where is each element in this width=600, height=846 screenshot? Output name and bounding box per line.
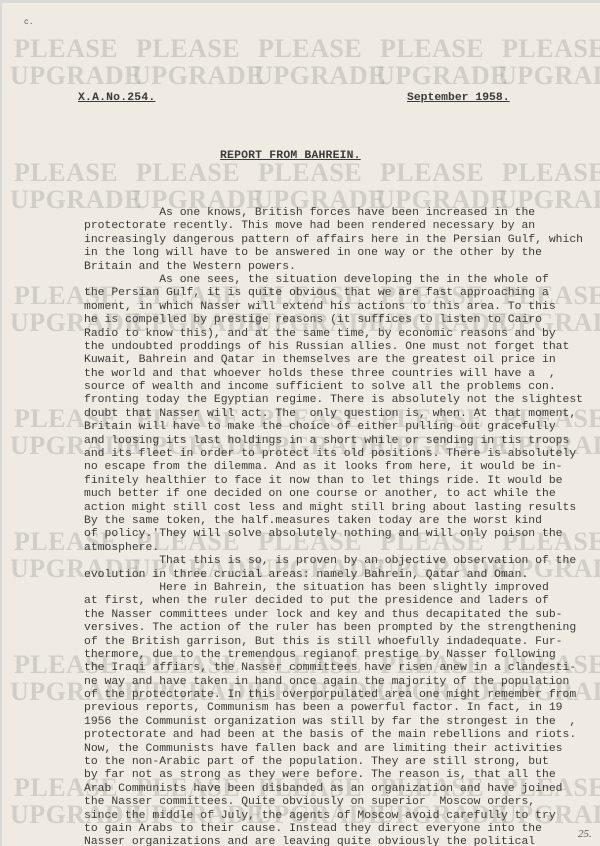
report-body: As one knows, British forces have been i… bbox=[84, 207, 600, 846]
text-line: As one knows, British forces have been i… bbox=[84, 207, 600, 220]
text-line: fronting today the Egyptian regime. Ther… bbox=[84, 394, 600, 407]
text-line: That this is so, is proven by an objecti… bbox=[84, 555, 600, 568]
text-line: finitely healthier to face it now than t… bbox=[84, 475, 600, 488]
text-line: of policy.'They will solve absolutely no… bbox=[84, 528, 600, 541]
typewritten-report: c. X.A.No.254. September 1958. REPORT FR… bbox=[0, 0, 600, 846]
text-line: Here in Bahrein, the situation has been … bbox=[84, 582, 600, 595]
text-line: versives. The action of the ruler has be… bbox=[84, 622, 600, 635]
text-line: Arab Communists have been disbanded as a… bbox=[84, 783, 600, 796]
text-line: the Iraqi affiars, the Nasser committees… bbox=[84, 662, 600, 675]
text-line: ne way and have taken in hand once again… bbox=[84, 676, 600, 689]
text-line: evolution in three crucial areas: namely… bbox=[84, 569, 600, 582]
text-line: of the British garrison, But this is sti… bbox=[84, 636, 600, 649]
text-line: the Nasser committees. Quite obviously o… bbox=[84, 796, 600, 809]
text-line: since the middle of July, the agents of … bbox=[84, 810, 600, 823]
report-title: REPORT FROM BAHREIN. bbox=[220, 150, 361, 162]
text-line: 1956 the Communist organization was stil… bbox=[84, 716, 600, 729]
text-line: he is compelled by prestige reasons (it … bbox=[84, 314, 600, 327]
text-line: the world and that whoever holds these t… bbox=[84, 368, 600, 381]
text-line: Britain and the Western powers. bbox=[84, 261, 600, 274]
text-line: As one sees, the situation developing th… bbox=[84, 274, 600, 287]
page-number: 25. bbox=[578, 828, 592, 840]
text-line: Radio to know this), and at the same tim… bbox=[84, 328, 600, 341]
text-line: by far not as strong as they were before… bbox=[84, 769, 600, 782]
text-line: source of wealth and income sufficient t… bbox=[84, 381, 600, 394]
text-line: previous reports, Communism has been a p… bbox=[84, 702, 600, 715]
text-line: moment, in which Nasser will extend his … bbox=[84, 301, 600, 314]
text-line: increasingly dangerous pattern of affair… bbox=[84, 234, 600, 247]
corner-mark: c. bbox=[24, 18, 34, 27]
text-line: By the same token, the half.measures tak… bbox=[84, 515, 600, 528]
text-line: Britain will have to make the choice of … bbox=[84, 421, 600, 434]
text-line: of the protectorate. In this overporpula… bbox=[84, 689, 600, 702]
text-line: action might still cost less and might s… bbox=[84, 502, 600, 515]
text-line: at first, when the ruler decided to put … bbox=[84, 595, 600, 608]
text-line: and loosing its last holdings in a short… bbox=[84, 435, 600, 448]
text-line: to gain Arabs to their cause. Instead th… bbox=[84, 823, 600, 836]
text-line: much better if one decided on one course… bbox=[84, 488, 600, 501]
text-line: thermore, due to the tremendous regianof… bbox=[84, 649, 600, 662]
text-line: protectorate and had been at the basis o… bbox=[84, 729, 600, 742]
text-line: Now, the Communists have fallen back and… bbox=[84, 743, 600, 756]
text-line: the Nasser committees under lock and key… bbox=[84, 609, 600, 622]
text-line: no escape from the dilemma. And as it lo… bbox=[84, 461, 600, 474]
reference-number: X.A.No.254. bbox=[78, 92, 155, 104]
text-line: protectorate recently. This move had bee… bbox=[84, 220, 600, 233]
text-line: atmosphere. bbox=[84, 542, 600, 555]
text-line: and its fleet in order to protect its ol… bbox=[84, 448, 600, 461]
text-line: Kuwait, Bahrein and Qatar in themselves … bbox=[84, 354, 600, 367]
text-line: the undoubted proddings of his Russian a… bbox=[84, 341, 600, 354]
text-line: to the non-Arabic part of the population… bbox=[84, 756, 600, 769]
text-line: the Persian Gulf, it is quite obvious th… bbox=[84, 287, 600, 300]
text-line: Nasser organizations and are leaving qui… bbox=[84, 836, 600, 846]
report-date: September 1958. bbox=[407, 92, 510, 104]
text-line: doubt that Nasser will act. The only que… bbox=[84, 408, 600, 421]
text-line: in the long will have to be answered in … bbox=[84, 247, 600, 260]
